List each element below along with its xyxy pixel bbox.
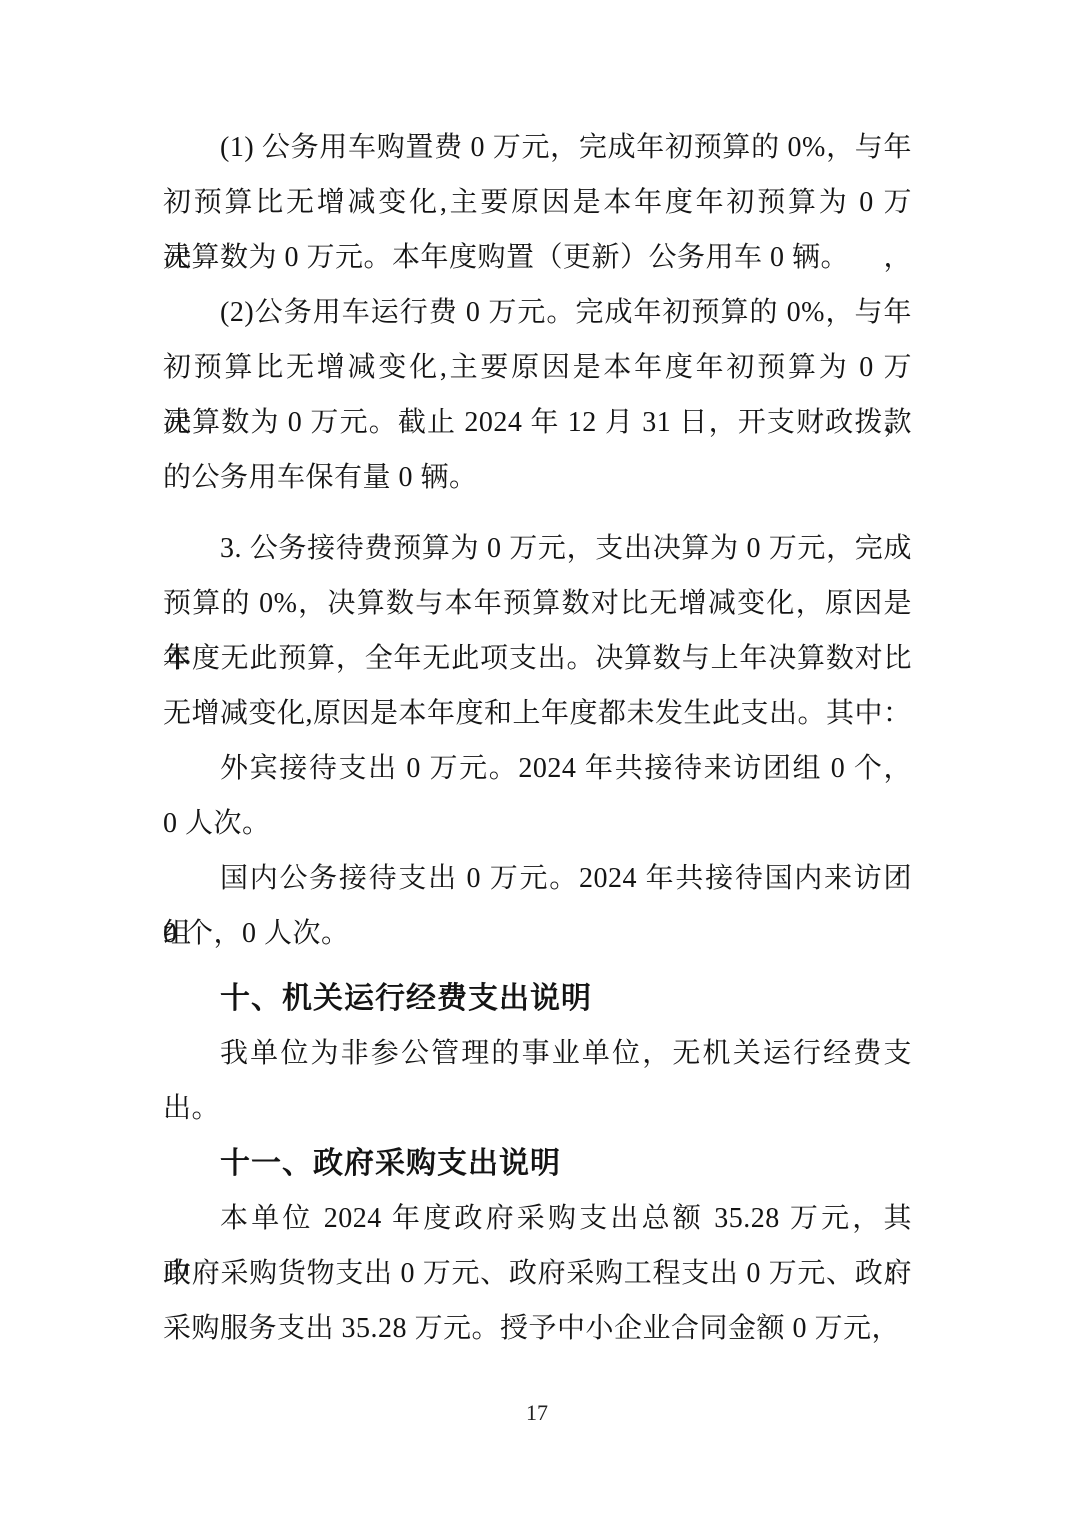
para-government-procurement: 本单位 2024 年度政府采购支出总额 35.28 万元，其中：政府采购货物支出…	[163, 1191, 912, 1356]
heading-section-11-government-procurement: 十一、政府采购支出说明	[163, 1136, 912, 1191]
text-line: (1) 公务用车购置费 0 万元，完成年初预算的 0%，与年	[163, 120, 912, 175]
text-line: 0 个，0 人次。	[163, 906, 912, 961]
document-body: (1) 公务用车购置费 0 万元，完成年初预算的 0%，与年初预算比无增减变化,…	[163, 120, 912, 1356]
document-page: (1) 公务用车购置费 0 万元，完成年初预算的 0%，与年初预算比无增减变化,…	[0, 0, 1074, 1520]
text-line: 决算数为 0 万元。本年度购置（更新）公务用车 0 辆。	[163, 230, 912, 285]
text-line: 0 人次。	[163, 796, 912, 851]
text-line: 的公务用车保有量 0 辆。	[163, 450, 912, 505]
para-official-vehicle-purchase: (1) 公务用车购置费 0 万元，完成年初预算的 0%，与年初预算比无增减变化,…	[163, 120, 912, 285]
text-line: 政府采购货物支出 0 万元、政府采购工程支出 0 万元、政府	[163, 1246, 912, 1301]
text-line: 年度无此预算，全年无此项支出。决算数与上年决算数对比	[163, 631, 912, 686]
text-line: 外宾接待支出 0 万元。2024 年共接待来访团组 0 个，	[163, 741, 912, 796]
heading-section-10-agency-operating-expense: 十、机关运行经费支出说明	[163, 971, 912, 1026]
text-line: 十一、政府采购支出说明	[163, 1136, 912, 1191]
text-line: 采购服务支出 35.28 万元。授予中小企业合同金额 0 万元，	[163, 1301, 912, 1356]
text-line: (2)公务用车运行费 0 万元。完成年初预算的 0%，与年	[163, 285, 912, 340]
page-number: 17	[0, 1398, 1074, 1428]
para-agency-operating-expense: 我单位为非参公管理的事业单位，无机关运行经费支出。	[163, 1026, 912, 1136]
para-official-vehicle-operation: (2)公务用车运行费 0 万元。完成年初预算的 0%，与年初预算比无增减变化,主…	[163, 285, 912, 505]
text-line: 初预算比无增减变化,主要原因是本年度年初预算为 0 万元，	[163, 340, 912, 395]
text-line: 国内公务接待支出 0 万元。2024 年共接待国内来访团组	[163, 851, 912, 906]
text-line: 本单位 2024 年度政府采购支出总额 35.28 万元，其中：	[163, 1191, 912, 1246]
text-line: 3. 公务接待费预算为 0 万元，支出决算为 0 万元，完成	[163, 521, 912, 576]
para-official-reception-expense: 3. 公务接待费预算为 0 万元，支出决算为 0 万元，完成预算的 0%，决算数…	[163, 521, 912, 741]
text-line: 初预算比无增减变化,主要原因是本年度年初预算为 0 万元，	[163, 175, 912, 230]
text-line: 决算数为 0 万元。截止 2024 年 12 月 31 日，开支财政拨款	[163, 395, 912, 450]
text-line: 无增减变化,原因是本年度和上年度都未发生此支出。其中：	[163, 686, 912, 741]
text-line: 我单位为非参公管理的事业单位，无机关运行经费支	[163, 1026, 912, 1081]
text-line: 预算的 0%，决算数与本年预算数对比无增减变化，原因是本	[163, 576, 912, 631]
text-line: 出。	[163, 1081, 912, 1136]
para-foreign-guest-reception: 外宾接待支出 0 万元。2024 年共接待来访团组 0 个，0 人次。	[163, 741, 912, 851]
para-domestic-reception: 国内公务接待支出 0 万元。2024 年共接待国内来访团组0 个，0 人次。	[163, 851, 912, 961]
text-line: 十、机关运行经费支出说明	[163, 971, 912, 1026]
